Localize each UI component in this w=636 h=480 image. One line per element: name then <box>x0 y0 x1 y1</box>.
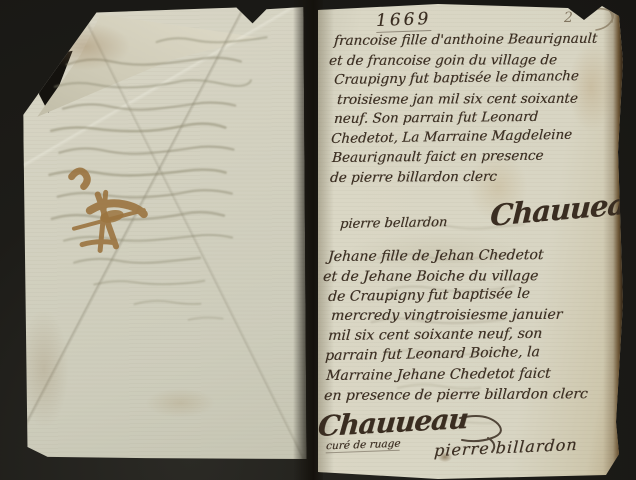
year-heading: 1669 <box>376 9 432 33</box>
witness-signature: pierre billardon <box>433 435 578 460</box>
record-line: Craupigny fut baptisée le dimanche <box>333 66 620 90</box>
record-line: parrain fut Leonard Boiche, la <box>324 342 622 367</box>
record-line: Jehane fille de Jehan Chedetot <box>327 245 622 267</box>
paper-stain <box>19 309 70 429</box>
record-line: de Craupigny fut baptisée le <box>327 283 622 307</box>
priest-signature: Chauueau <box>317 402 470 443</box>
manuscript-scan: 1669 2 francoise fille d'anthoine Beauri… <box>0 0 636 480</box>
paper-stain <box>145 388 215 418</box>
page-number: 2 <box>564 10 573 26</box>
page-inner-edge-shading <box>318 2 334 479</box>
right-page: 1669 2 francoise fille d'anthoine Beauri… <box>318 2 623 479</box>
record-line: en presence de pierre billardon clerc <box>323 384 622 406</box>
ink-blot-mark <box>59 158 156 259</box>
baptism-record-1: francoise fille d'anthoine Beaurignault … <box>334 32 620 188</box>
record-line: de pierre billardon clerc <box>329 166 620 188</box>
witness-signature: pierre bellardon <box>339 215 447 232</box>
priest-title: curé de ruage <box>326 438 401 454</box>
record-line: Marraine Jehane Chedetot faict <box>325 364 622 387</box>
record-line: francoise fille d'anthoine Beaurignault <box>333 29 620 51</box>
record-line: Beaurignault faict en presence <box>331 146 620 169</box>
corner-fold-flap <box>20 3 267 123</box>
left-page <box>22 7 306 461</box>
baptism-record-2: Jehane fille de Jehan Chedetot et de Jeh… <box>328 248 622 406</box>
